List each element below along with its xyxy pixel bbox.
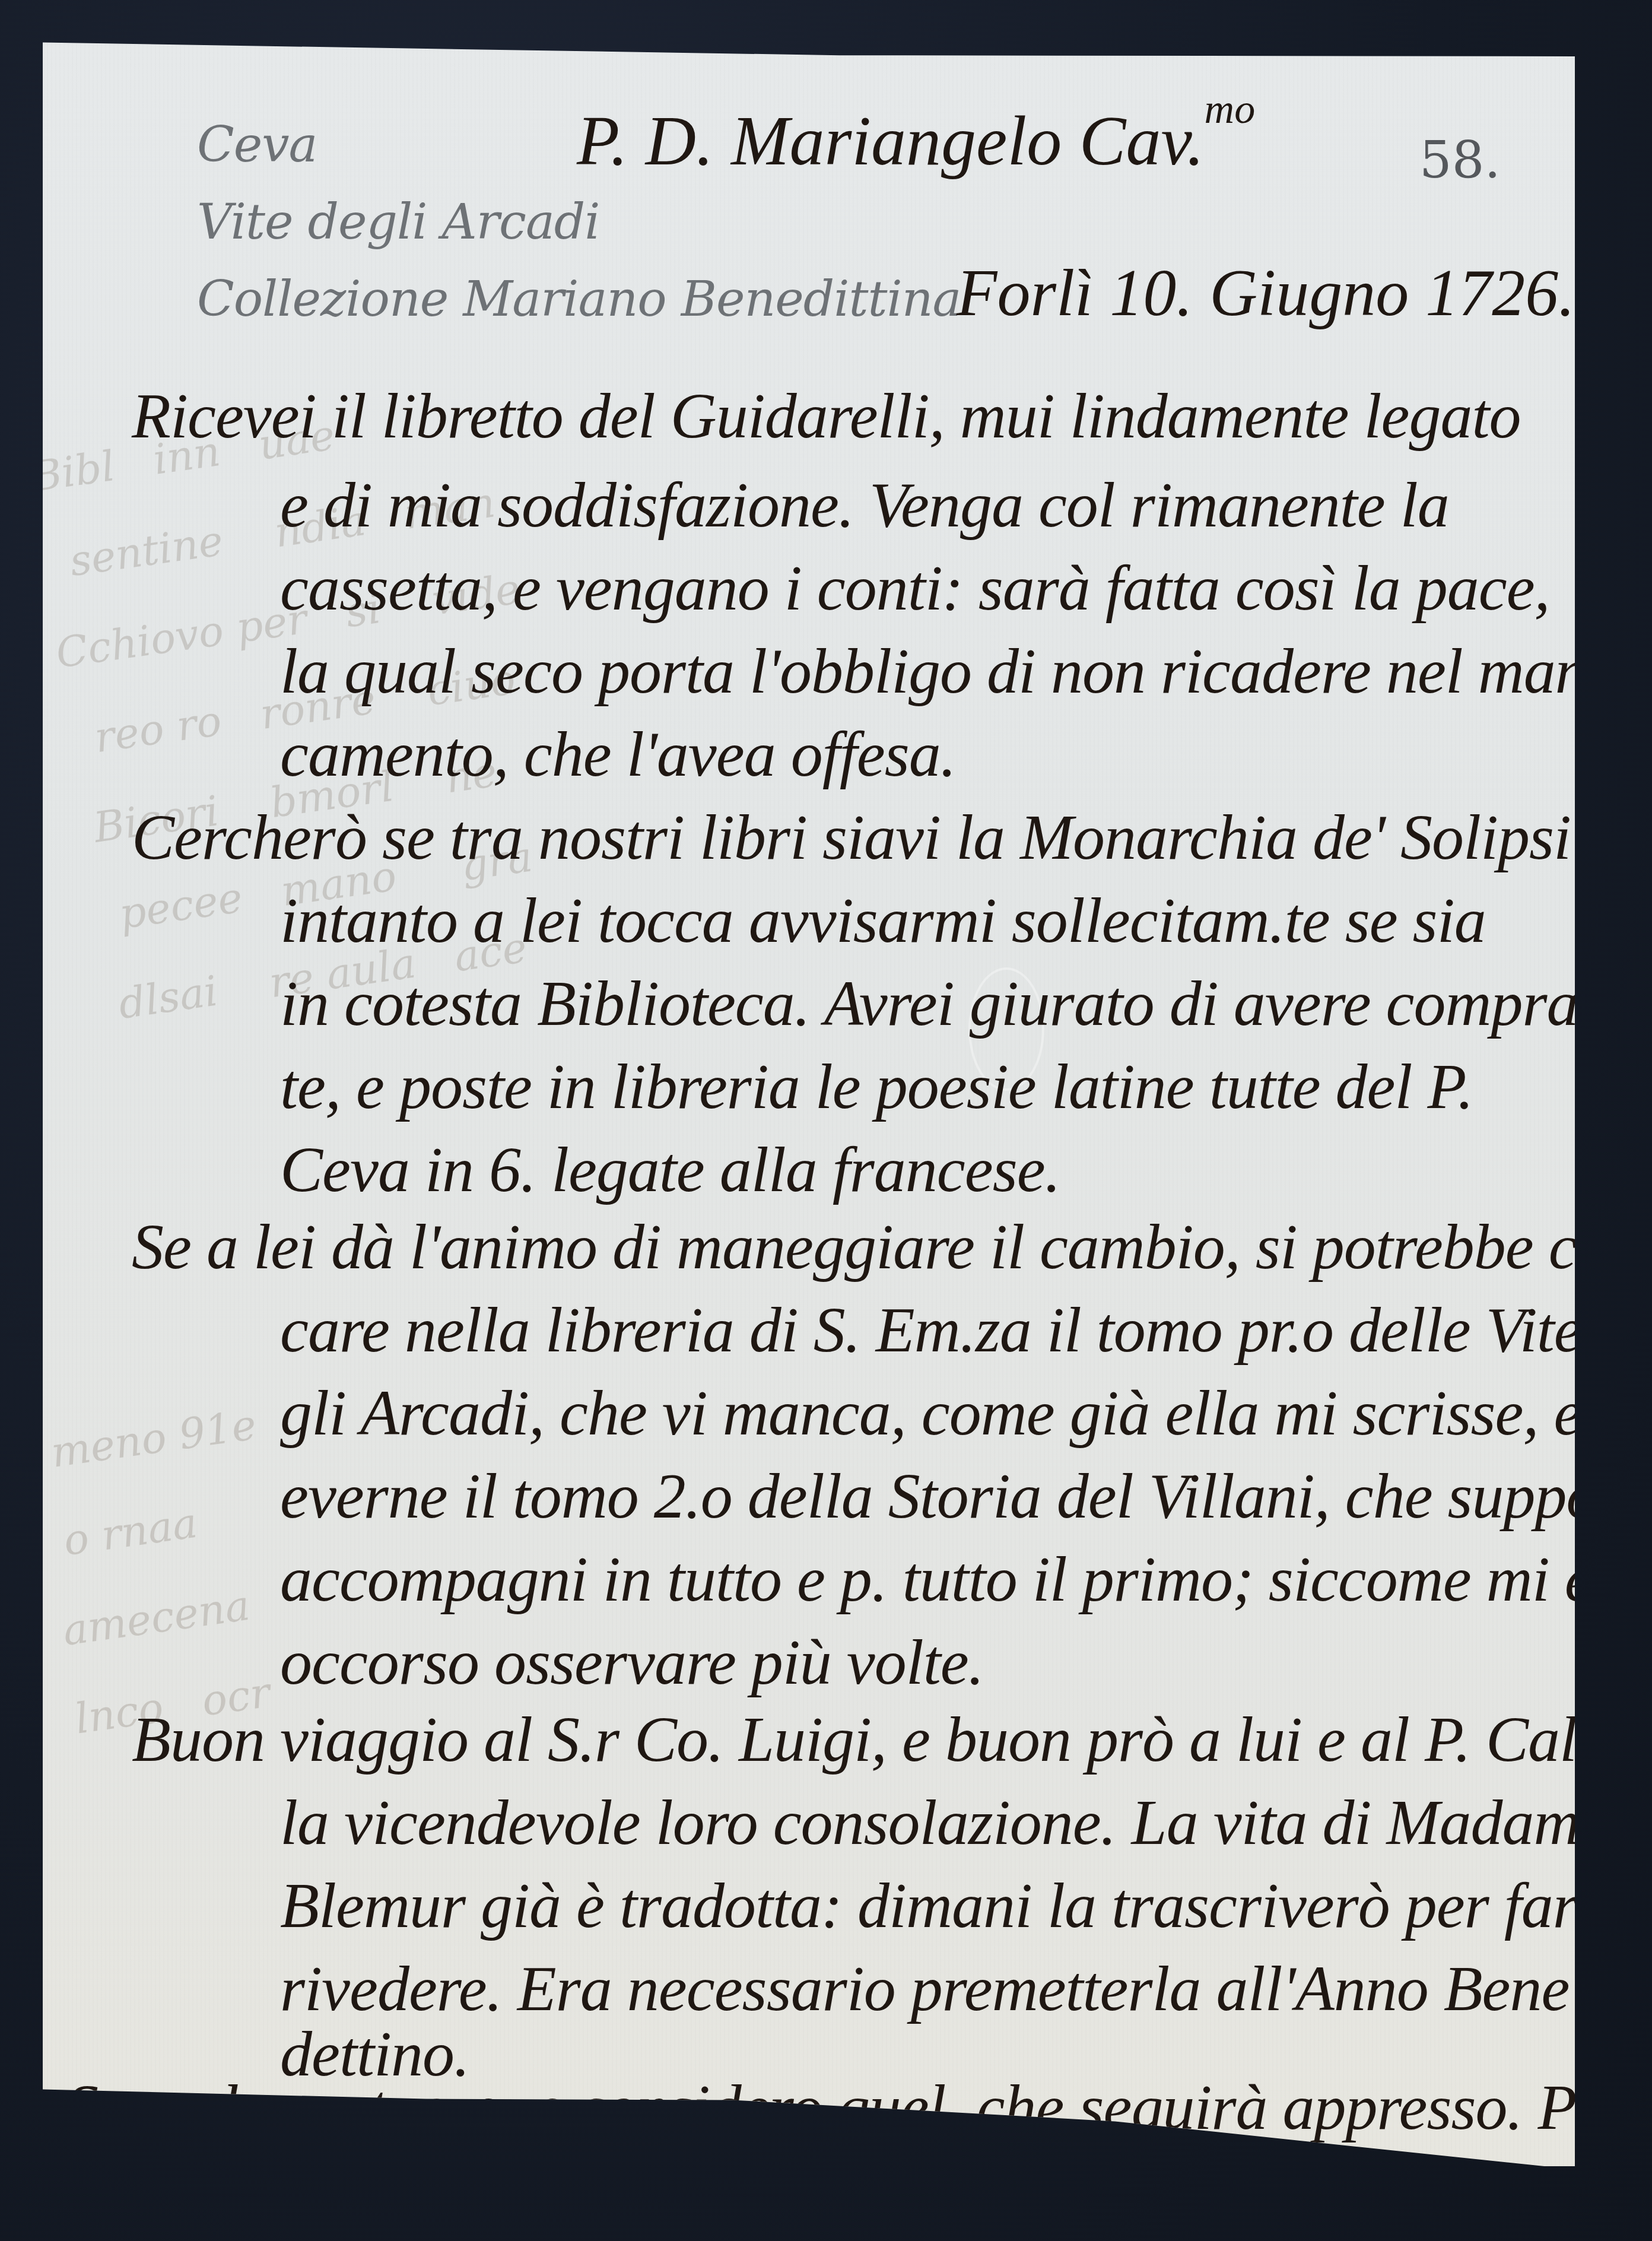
- letter-line: Cercherò se tra nostri libri siavi la Mo…: [132, 801, 1591, 875]
- letter-line: rivedere. Era necessario premetterla all…: [280, 1953, 1612, 2026]
- letter-line: gli Arcadi, che vi manca, come già ella …: [280, 1377, 1652, 1450]
- dateline: Forlì 10. Giugno 1726.: [957, 255, 1575, 332]
- pencil-note-line: Vite degli Arcadi: [197, 184, 961, 261]
- letter-line: la qual seco porta l'obbligo di non rica…: [280, 635, 1629, 709]
- letter-line: Ricevei il libretto del Guidarelli, mui …: [132, 380, 1520, 453]
- letter-line: Se a lei dà l'animo di maneggiare il cam…: [132, 1211, 1652, 1284]
- letter-line: care nella libreria di S. Em.za il tomo …: [280, 1294, 1652, 1367]
- letter-line: Ceva in 6. legate alla francese.: [280, 1134, 1060, 1207]
- folio-number: 58.: [1419, 131, 1501, 190]
- letter-line: in cotesta Biblioteca. Avrei giurato di …: [280, 967, 1621, 1041]
- letter-line: Blemur già è tradotta: dimani la trascri…: [280, 1869, 1626, 1943]
- salutation: P. D. Mariangelo Cav.: [577, 102, 1205, 180]
- letter-line: la vicendevole loro consolazione. La vit…: [280, 1786, 1652, 1860]
- letter-line: intanto a lei tocca avvisarmi sollecitam…: [280, 884, 1486, 958]
- letter-sheet: Bibl inn uae sentine ndia man Cchiovo pe…: [43, 30, 1575, 2166]
- letter-line: accompagni in tutto e p. tutto il primo;…: [280, 1543, 1593, 1617]
- letter-line: everne il tomo 2.o della Storia del Vill…: [280, 1460, 1652, 1534]
- salutation-superscript: mo: [1205, 87, 1256, 132]
- letter-heading: P. D. Mariangelo Cav.mo: [577, 101, 1255, 182]
- letter-line: occorso osservare più volte.: [280, 1626, 984, 1700]
- letter-line: e di mia soddisfazione. Venga col rimane…: [280, 469, 1449, 542]
- letter-line: Buon viaggio al S.r Co. Luigi, e buon pr…: [132, 1703, 1652, 1777]
- pencil-note-line: Collezione Mariano Benedittina: [197, 261, 961, 338]
- letter-line: cassetta, e vengano i conti: sarà fatta …: [280, 552, 1550, 626]
- letter-line: te, e poste in libreria le poesie latine…: [280, 1050, 1473, 1124]
- letter-line: camento, che l'avea offesa.: [280, 718, 956, 792]
